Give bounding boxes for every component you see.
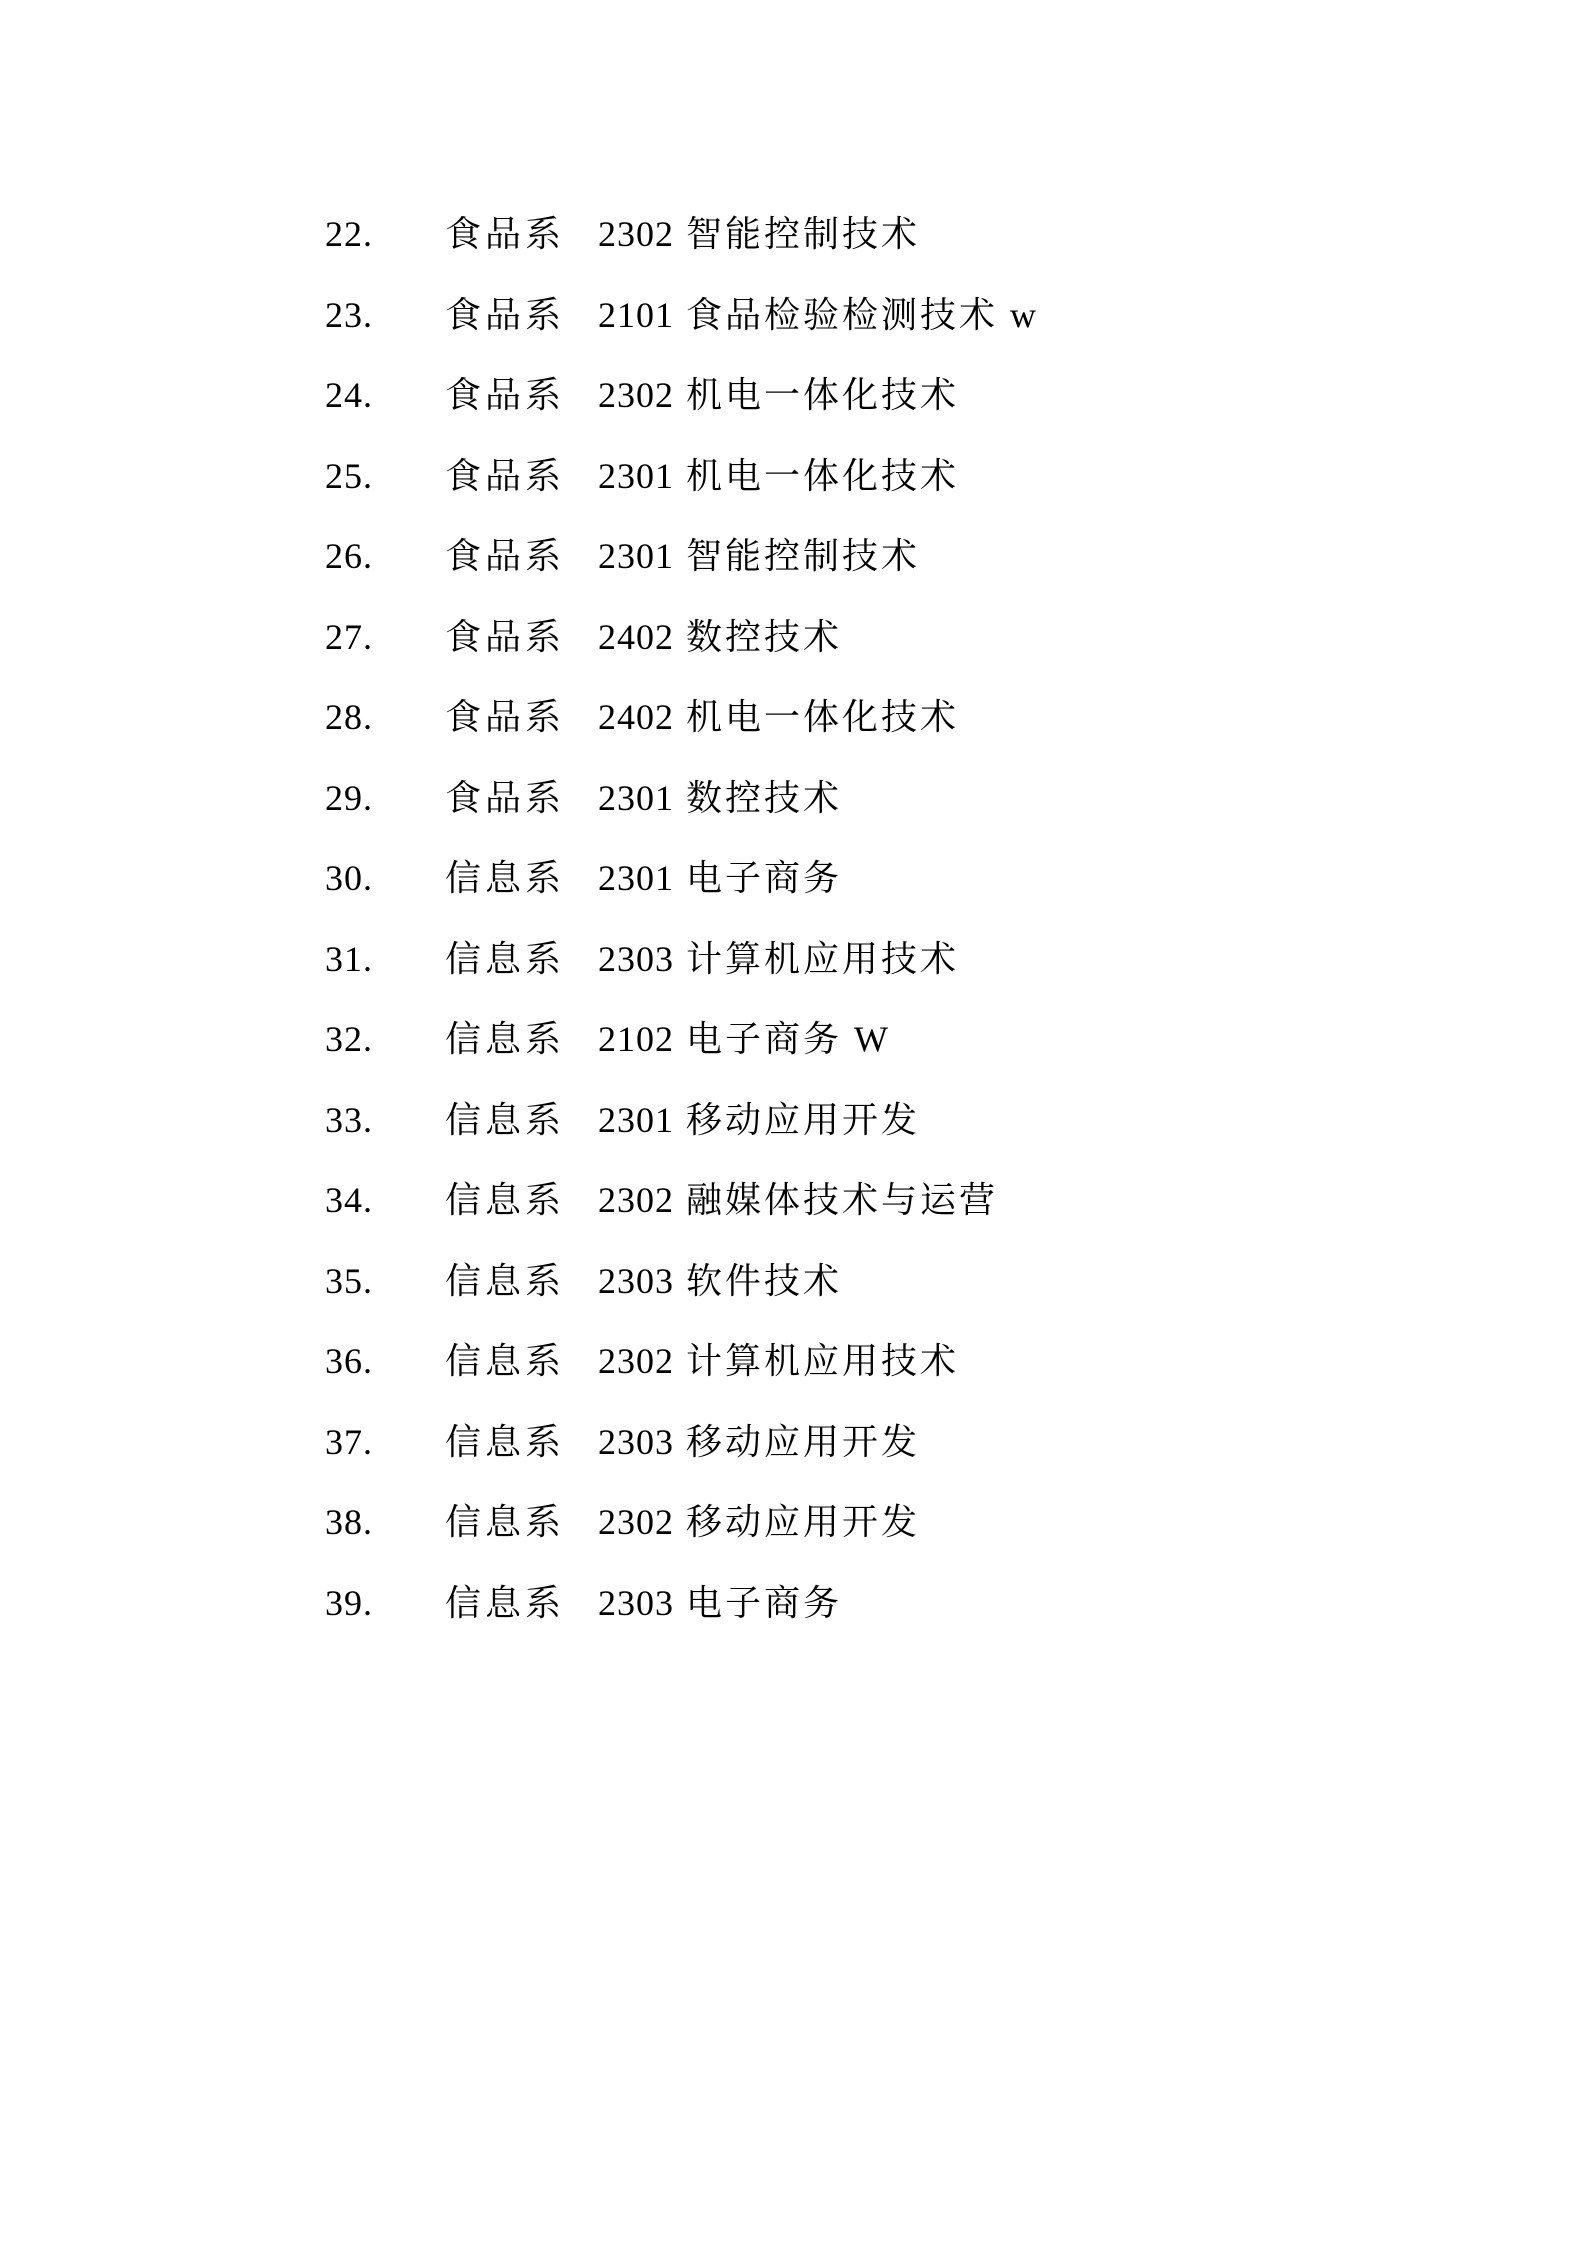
course-name: 移动应用开发 xyxy=(686,1102,920,1138)
class-code: 2402 xyxy=(598,619,674,655)
course-entry: 2301 数控技术 xyxy=(598,780,842,816)
class-code: 2302 xyxy=(598,377,674,413)
class-code: 2301 xyxy=(598,458,674,494)
department-label: 信息系 xyxy=(445,1021,598,1057)
course-entry: 2302 移动应用开发 xyxy=(598,1504,920,1540)
department-label: 信息系 xyxy=(445,1585,598,1621)
list-item: 39. 信息系 2303 电子商务 xyxy=(325,1563,1527,1644)
item-number: 30. xyxy=(325,860,445,896)
class-list: 22. 食品系 2302 智能控制技术 23. 食品系 2101 食品检验检测技… xyxy=(325,194,1527,1643)
course-name: 数控技术 xyxy=(686,780,842,816)
list-item: 27. 食品系 2402 数控技术 xyxy=(325,597,1527,678)
class-code: 2303 xyxy=(598,1585,674,1621)
department-label: 食品系 xyxy=(445,780,598,816)
class-code: 2102 xyxy=(598,1021,674,1057)
course-name: 计算机应用技术 xyxy=(686,941,959,977)
department-label: 食品系 xyxy=(445,699,598,735)
item-number: 28. xyxy=(325,699,445,735)
class-code: 2302 xyxy=(598,216,674,252)
course-entry: 2303 软件技术 xyxy=(598,1263,842,1299)
class-code: 2302 xyxy=(598,1343,674,1379)
department-label: 食品系 xyxy=(445,458,598,494)
class-code: 2303 xyxy=(598,1424,674,1460)
class-code: 2301 xyxy=(598,538,674,574)
item-number: 34. xyxy=(325,1182,445,1218)
course-entry: 2301 电子商务 xyxy=(598,860,842,896)
department-label: 食品系 xyxy=(445,538,598,574)
item-number: 27. xyxy=(325,619,445,655)
course-name: 电子商务 W xyxy=(686,1021,891,1057)
item-number: 32. xyxy=(325,1021,445,1057)
course-name: 移动应用开发 xyxy=(686,1424,920,1460)
course-name: 软件技术 xyxy=(686,1263,842,1299)
list-item: 33. 信息系 2301 移动应用开发 xyxy=(325,1080,1527,1161)
item-number: 29. xyxy=(325,780,445,816)
item-number: 36. xyxy=(325,1343,445,1379)
class-code: 2303 xyxy=(598,941,674,977)
class-code: 2402 xyxy=(598,699,674,735)
list-item: 36. 信息系 2302 计算机应用技术 xyxy=(325,1321,1527,1402)
course-entry: 2301 机电一体化技术 xyxy=(598,458,959,494)
list-item: 29. 食品系 2301 数控技术 xyxy=(325,758,1527,839)
item-number: 35. xyxy=(325,1263,445,1299)
course-name: 电子商务 xyxy=(686,1585,842,1621)
list-item: 23. 食品系 2101 食品检验检测技术 w xyxy=(325,275,1527,356)
class-code: 2302 xyxy=(598,1182,674,1218)
item-number: 39. xyxy=(325,1585,445,1621)
course-entry: 2302 机电一体化技术 xyxy=(598,377,959,413)
course-entry: 2302 融媒体技术与运营 xyxy=(598,1182,998,1218)
item-number: 26. xyxy=(325,538,445,574)
department-label: 信息系 xyxy=(445,941,598,977)
course-entry: 2402 机电一体化技术 xyxy=(598,699,959,735)
department-label: 信息系 xyxy=(445,1343,598,1379)
course-name: 计算机应用技术 xyxy=(686,1343,959,1379)
item-number: 37. xyxy=(325,1424,445,1460)
list-item: 28. 食品系 2402 机电一体化技术 xyxy=(325,677,1527,758)
course-name: 融媒体技术与运营 xyxy=(686,1182,998,1218)
list-item: 37. 信息系 2303 移动应用开发 xyxy=(325,1402,1527,1483)
department-label: 食品系 xyxy=(445,216,598,252)
course-name: 食品检验检测技术 w xyxy=(686,297,1039,333)
class-code: 2101 xyxy=(598,297,674,333)
document-page: 22. 食品系 2302 智能控制技术 23. 食品系 2101 食品检验检测技… xyxy=(0,0,1587,2245)
list-item: 25. 食品系 2301 机电一体化技术 xyxy=(325,436,1527,517)
course-name: 机电一体化技术 xyxy=(686,699,959,735)
course-name: 数控技术 xyxy=(686,619,842,655)
department-label: 信息系 xyxy=(445,1182,598,1218)
item-number: 38. xyxy=(325,1504,445,1540)
course-name: 机电一体化技术 xyxy=(686,458,959,494)
class-code: 2302 xyxy=(598,1504,674,1540)
item-number: 22. xyxy=(325,216,445,252)
course-entry: 2303 电子商务 xyxy=(598,1585,842,1621)
list-item: 32. 信息系 2102 电子商务 W xyxy=(325,999,1527,1080)
list-item: 30. 信息系 2301 电子商务 xyxy=(325,838,1527,919)
course-name: 移动应用开发 xyxy=(686,1504,920,1540)
item-number: 33. xyxy=(325,1102,445,1138)
list-item: 24. 食品系 2302 机电一体化技术 xyxy=(325,355,1527,436)
item-number: 24. xyxy=(325,377,445,413)
item-number: 23. xyxy=(325,297,445,333)
course-entry: 2301 智能控制技术 xyxy=(598,538,920,574)
department-label: 食品系 xyxy=(445,297,598,333)
list-item: 26. 食品系 2301 智能控制技术 xyxy=(325,516,1527,597)
item-number: 25. xyxy=(325,458,445,494)
course-name: 智能控制技术 xyxy=(686,538,920,574)
class-code: 2301 xyxy=(598,780,674,816)
course-name: 智能控制技术 xyxy=(686,216,920,252)
list-item: 22. 食品系 2302 智能控制技术 xyxy=(325,194,1527,275)
department-label: 信息系 xyxy=(445,1102,598,1138)
list-item: 38. 信息系 2302 移动应用开发 xyxy=(325,1482,1527,1563)
course-entry: 2303 移动应用开发 xyxy=(598,1424,920,1460)
class-code: 2301 xyxy=(598,1102,674,1138)
course-entry: 2101 食品检验检测技术 w xyxy=(598,297,1039,333)
department-label: 信息系 xyxy=(445,1504,598,1540)
course-name: 机电一体化技术 xyxy=(686,377,959,413)
department-label: 信息系 xyxy=(445,1424,598,1460)
course-entry: 2301 移动应用开发 xyxy=(598,1102,920,1138)
item-number: 31. xyxy=(325,941,445,977)
list-item: 34. 信息系 2302 融媒体技术与运营 xyxy=(325,1160,1527,1241)
course-name: 电子商务 xyxy=(686,860,842,896)
course-entry: 2402 数控技术 xyxy=(598,619,842,655)
course-entry: 2302 智能控制技术 xyxy=(598,216,920,252)
list-item: 31. 信息系 2303 计算机应用技术 xyxy=(325,919,1527,1000)
list-item: 35. 信息系 2303 软件技术 xyxy=(325,1241,1527,1322)
department-label: 信息系 xyxy=(445,1263,598,1299)
course-entry: 2303 计算机应用技术 xyxy=(598,941,959,977)
class-code: 2303 xyxy=(598,1263,674,1299)
department-label: 食品系 xyxy=(445,377,598,413)
department-label: 信息系 xyxy=(445,860,598,896)
department-label: 食品系 xyxy=(445,619,598,655)
course-entry: 2302 计算机应用技术 xyxy=(598,1343,959,1379)
class-code: 2301 xyxy=(598,860,674,896)
course-entry: 2102 电子商务 W xyxy=(598,1021,891,1057)
